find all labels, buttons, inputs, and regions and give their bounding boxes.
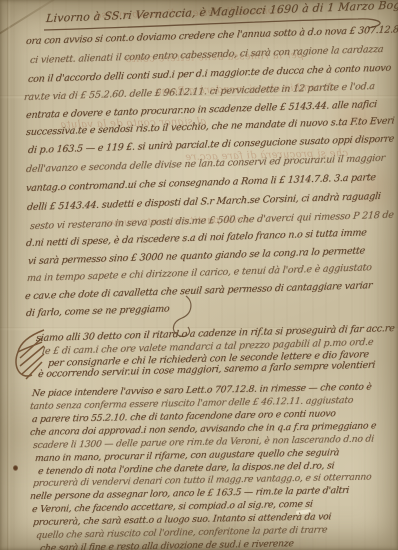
manuscript-photo: conto della lettera di nuovo avviso per … (0, 0, 398, 550)
manuscript-line: di farlo, come se ne preggiamo (25, 303, 169, 319)
manuscript-line: ci vienett. alienati il conto entro cabe… (29, 44, 383, 66)
manuscript-line: delli £ 5143.44. sudetti e disposti dal … (26, 191, 381, 213)
manuscript-line: e cav.e che dote di cavalletta che seuil… (24, 280, 372, 302)
ink-dot (13, 465, 18, 471)
manuscript-line: di p.o 163.5 — e 119 £. si unirà parcial… (27, 133, 394, 156)
paper-crease (7, 0, 11, 550)
manuscript-line: dell'avanzo e seconda delle divise ne la… (25, 153, 385, 175)
manuscript-line: vantag.o contromand.ui che si consegnand… (25, 172, 376, 194)
